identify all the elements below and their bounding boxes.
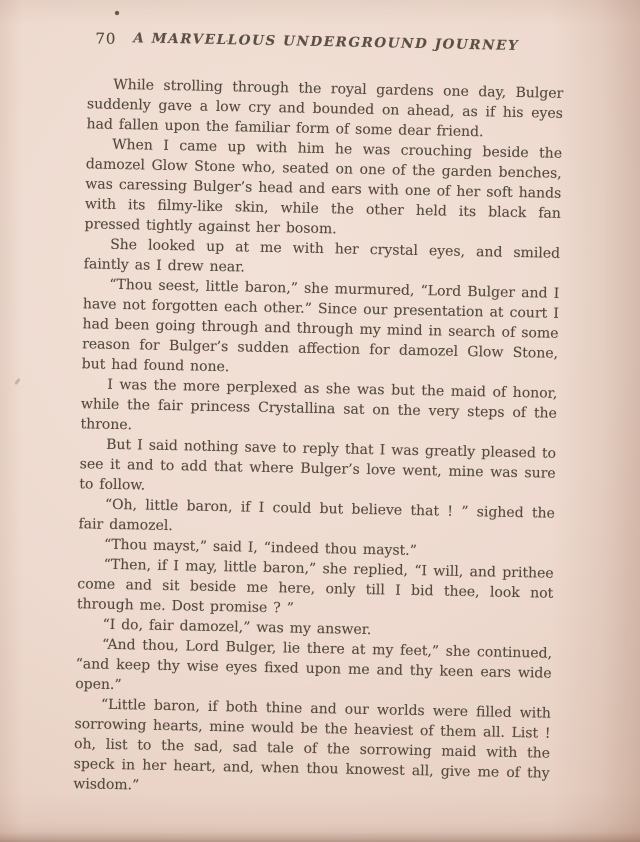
page-bottom-shadow [0,832,640,842]
page-number: 70 [95,29,116,47]
book-page-scan: 70 A MARVELLOUS UNDERGROUND JOURNEY Whil… [0,0,640,842]
page-body: While strolling through the royal garden… [73,74,563,803]
paragraph: “Thou seest, little baron,” she murmured… [82,274,560,384]
paragraph: But I said nothing save to reply that I … [79,434,556,504]
paper-speck [14,378,21,385]
page-content: 70 A MARVELLOUS UNDERGROUND JOURNEY Whil… [73,29,564,803]
paper-speck [115,11,119,15]
paragraph: “And thou, Lord Bulger, lie there at my … [75,634,552,704]
paragraph: While strolling through the royal garden… [86,74,563,144]
running-title: A MARVELLOUS UNDERGROUND JOURNEY [88,29,564,55]
paragraph: When I came up with him he was crouching… [84,134,562,244]
paragraph: I was the more perplexed as she was but … [80,374,557,444]
paragraph: “Then, if I may, little baron,” she repl… [77,554,554,624]
paragraph: “Little baron, if both thine and our wor… [73,694,551,804]
paper-speck [226,40,228,42]
page-header: 70 A MARVELLOUS UNDERGROUND JOURNEY [88,29,564,57]
